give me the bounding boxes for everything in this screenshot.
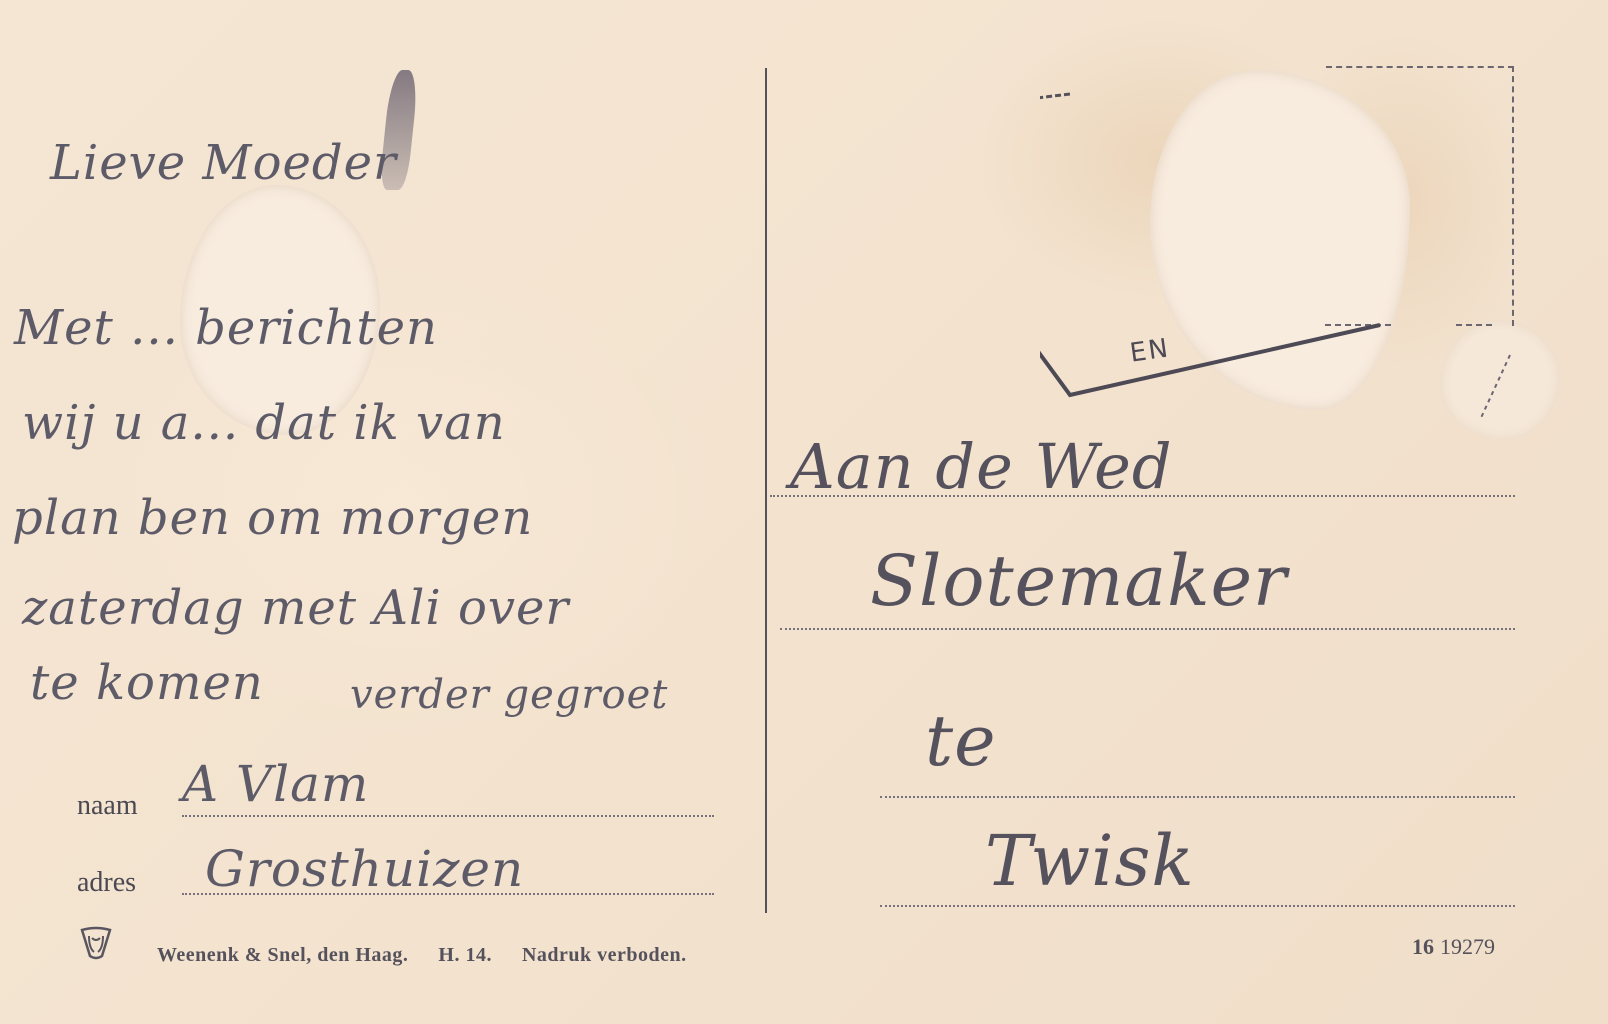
- publisher-imprint: Weenenk & Snel, den Haag. H. 14. Nadruk …: [157, 944, 687, 967]
- address-rule: [770, 495, 1515, 497]
- recipient-line: Twisk: [985, 820, 1195, 902]
- address-rule: [780, 628, 1515, 630]
- postcard-back: EN Lieve Moeder Met ... berichten wij u …: [0, 0, 1608, 1024]
- message-line: verder gegroet: [350, 672, 668, 718]
- serial-prefix: 16: [1412, 934, 1434, 959]
- address-rule: [880, 905, 1515, 907]
- message-line: plan ben om morgen: [12, 490, 533, 546]
- sender-name: A Vlam: [182, 755, 369, 813]
- message-line: Lieve Moeder: [50, 135, 397, 191]
- center-divider: [765, 68, 767, 913]
- message-line: zaterdag met Ali over: [22, 580, 569, 636]
- address-label: adres: [77, 867, 136, 899]
- sender-address: Grosthuizen: [205, 840, 524, 898]
- address-line: [182, 893, 714, 895]
- message-line: te komen: [30, 655, 264, 711]
- address-rule: [880, 796, 1515, 798]
- recipient-line: Aan de Wed: [790, 430, 1173, 503]
- publisher-name: Weenenk & Snel, den Haag.: [157, 944, 408, 967]
- message-line: Met ... berichten: [14, 300, 438, 356]
- postmark-text: EN: [1128, 333, 1172, 368]
- name-line: [182, 815, 714, 817]
- series-code: H. 14.: [438, 944, 492, 967]
- message-line: wij u a... dat ik van: [22, 395, 506, 451]
- ws-publisher-logo-icon: [80, 926, 112, 960]
- serial-value: 19279: [1440, 934, 1495, 959]
- recipient-line: te: [925, 700, 997, 782]
- copyright-notice: Nadruk verboden.: [522, 944, 687, 967]
- serial-number: 1619279: [1412, 934, 1495, 960]
- postmark-icon: [1040, 60, 1560, 420]
- recipient-line: Slotemaker: [870, 540, 1287, 622]
- name-label: naam: [77, 790, 138, 822]
